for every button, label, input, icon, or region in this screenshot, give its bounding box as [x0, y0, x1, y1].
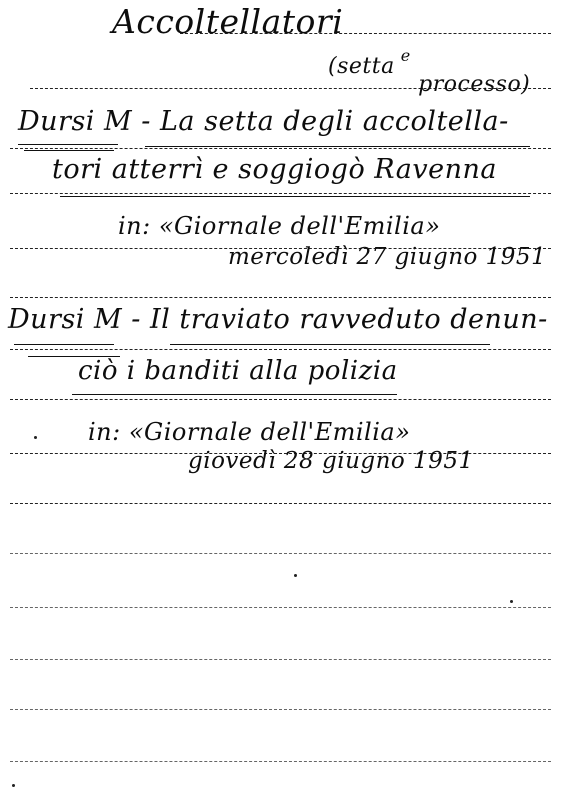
entry-1-title-line-2: tori atterrì e soggiogò Ravenna [52, 154, 497, 185]
underline [24, 150, 114, 151]
underline [18, 144, 118, 145]
ruled-line [10, 148, 551, 149]
ruled-line [10, 503, 551, 504]
entry-1-date: mercoledì 27 giugno 1951 [228, 244, 546, 270]
ruled-line [10, 659, 551, 660]
entry-2-title-line-2: ciò i banditi alla polizia [78, 356, 398, 386]
card-subheading: (settae processo) [328, 46, 530, 79]
entry-2-title: Il traviato ravveduto denun- [150, 304, 548, 335]
card-heading: Accoltellatori [112, 2, 343, 41]
entry-2-author: Dursi M [8, 304, 122, 335]
ruled-line [10, 607, 551, 608]
ruled-line [10, 553, 551, 554]
entry-1-title: La setta degli accoltella- [160, 106, 509, 137]
subheading-connector: e [401, 46, 411, 65]
ruled-line [10, 761, 551, 762]
index-card: Accoltellatori (settae processo) Dursi M… [0, 0, 561, 800]
ruled-line [10, 399, 551, 400]
entry-2-separator: - [131, 304, 141, 335]
subheading-open: (setta [328, 54, 395, 79]
underline [72, 394, 397, 395]
entry-2-date: giovedì 28 giugno 1951 [188, 448, 474, 474]
scan-speck [34, 436, 37, 439]
subheading-close: processo) [418, 72, 530, 97]
entry-2-source: in: «Giornale dell'Emilia» [88, 418, 410, 446]
underline [145, 146, 530, 147]
entry-1-separator: - [141, 106, 151, 137]
ruled-line [10, 349, 551, 350]
scan-speck [510, 600, 513, 603]
scan-speck [294, 574, 297, 577]
underline [60, 196, 530, 197]
entry-1-author: Dursi M [18, 106, 132, 137]
scan-speck [12, 784, 15, 787]
entry-1-title-line-1: Dursi M - La setta degli accoltella- [18, 106, 509, 137]
ruled-line [10, 297, 551, 298]
entry-1-source: in: «Giornale dell'Emilia» [118, 212, 440, 240]
ruled-line [10, 193, 551, 194]
ruled-line [10, 709, 551, 710]
entry-2-title-line-1: Dursi M - Il traviato ravveduto denun- [8, 304, 548, 335]
underline [170, 344, 490, 345]
underline [14, 344, 114, 345]
